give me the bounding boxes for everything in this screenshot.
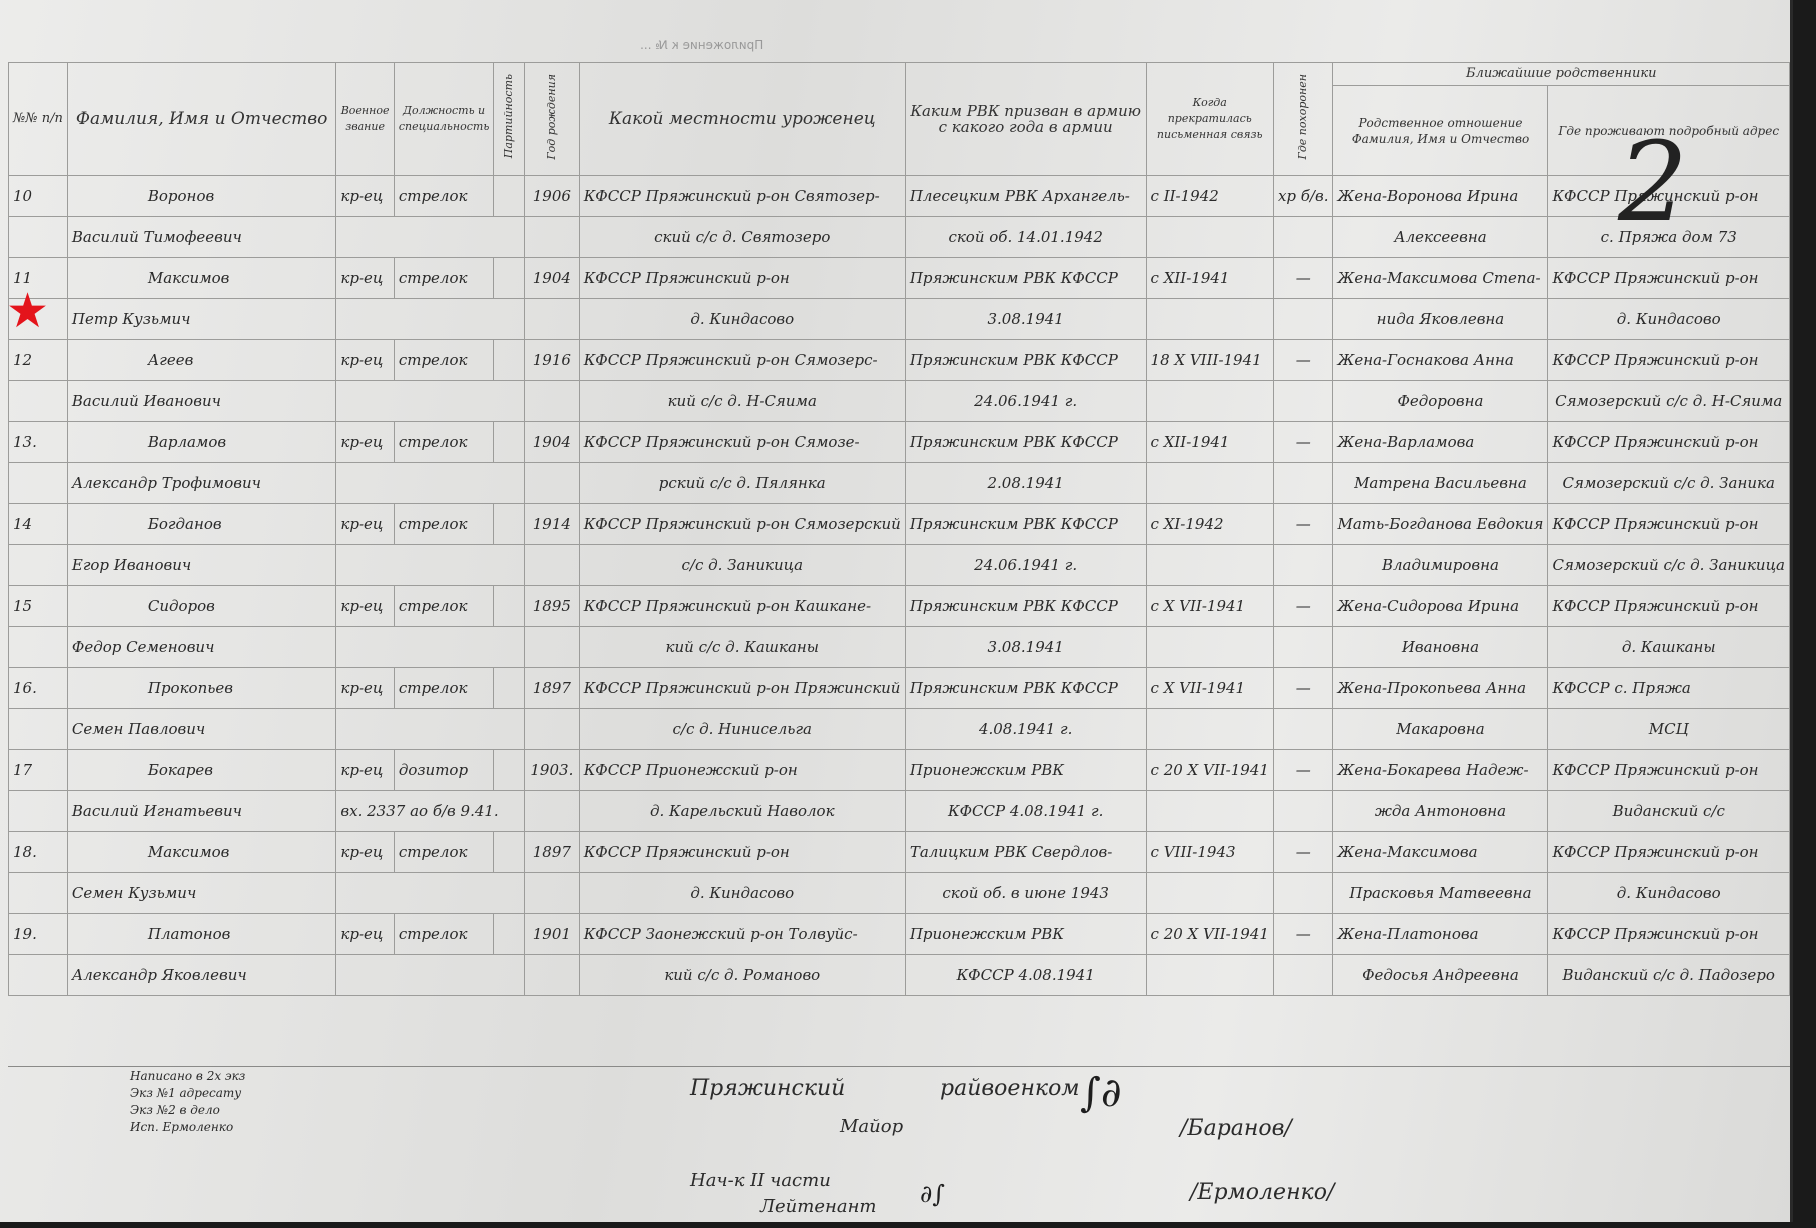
row-num: 13. (9, 422, 68, 463)
buried: — (1273, 668, 1333, 709)
given-name: Александр Яковлевич (67, 955, 336, 996)
header-party: Партийность (501, 74, 517, 158)
row-num: 12 (9, 340, 68, 381)
party (494, 258, 525, 299)
party (494, 176, 525, 217)
buried: — (1273, 750, 1333, 791)
given-name: Василий Тимофеевич (67, 217, 336, 258)
table-row: 19. Платонов кр-ец стрелок 1901 КФССР За… (9, 914, 1790, 955)
header-relative: Родственное отношение Фамилия, Имя и Отч… (1333, 86, 1548, 176)
header-lost-contact: Когда прекратилась письменная связь (1146, 63, 1273, 176)
surname: Богданов (67, 504, 336, 545)
birth-year: 1897 (525, 668, 580, 709)
rank-note (336, 873, 525, 914)
lost-contact: с VIII-1943 (1146, 832, 1273, 873)
rvk-line1: Прионежским РВК (905, 914, 1146, 955)
birth-year: 1901 (525, 914, 580, 955)
table-row: 12 Агеев кр-ец стрелок 1916 КФССР Пряжин… (9, 340, 1790, 381)
header-num: №№ п/п (9, 63, 68, 176)
rank: кр-ец (336, 422, 394, 463)
party (494, 914, 525, 955)
address-line1: КФССР Пряжинский р-он (1548, 422, 1790, 463)
rvk-line2: 4.08.1941 г. (905, 709, 1146, 750)
relative-line1: Жена-Сидорова Ирина (1333, 586, 1548, 627)
rvk-line2: ской об. 14.01.1942 (905, 217, 1146, 258)
signature-rank: Майор (840, 1116, 903, 1137)
birthplace-line2: д. Карельский Наволок (579, 791, 905, 832)
rvk-line1: Пряжинским РВК КФССР (905, 340, 1146, 381)
header-rvk: Каким РВК призван в армию с какого года … (905, 63, 1146, 176)
table-row: 17 Бокарев кр-ец дозитор 1903. КФССР При… (9, 750, 1790, 791)
buried: хр б/в. (1273, 176, 1333, 217)
relative-line2: Прасковья Матвеевна (1333, 873, 1548, 914)
given-name: Василий Иванович (67, 381, 336, 422)
table-row-cont: Александр Трофимович рский с/с д. Пялянк… (9, 463, 1790, 504)
surname: Максимов (67, 832, 336, 873)
surname: Платонов (67, 914, 336, 955)
relative-line1: Жена-Бокарева Надеж- (1333, 750, 1548, 791)
table-row: 10 Воронов кр-ец стрелок 1906 КФССР Пряж… (9, 176, 1790, 217)
rank: кр-ец (336, 914, 394, 955)
rvk-line1: Пряжинским РВК КФССР (905, 258, 1146, 299)
party (494, 340, 525, 381)
given-name: Семен Кузьмич (67, 873, 336, 914)
rvk-line1: Пряжинским РВК КФССР (905, 422, 1146, 463)
document-page: Приложение к № ... №№ п/п Фамилия, Имя и… (0, 0, 1793, 1222)
lost-contact: с 20 X VII-1941 (1146, 914, 1273, 955)
rvk-line2: 3.08.1941 (905, 299, 1146, 340)
lost-contact: с XII-1941 (1146, 258, 1273, 299)
surname: Прокопьев (67, 668, 336, 709)
rank: кр-ец (336, 504, 394, 545)
party (494, 750, 525, 791)
table-row-cont: Семен Кузьмич д. Киндасово ской об. в ию… (9, 873, 1790, 914)
rank-note: вх. 2337 ао б/в 9.41. (336, 791, 525, 832)
note-line: Написано в 2х экз (130, 1068, 245, 1085)
surname: Варламов (67, 422, 336, 463)
header-buried: Где похоронен (1295, 74, 1311, 159)
relative-line1: Жена-Воронова Ирина (1333, 176, 1548, 217)
lost-contact: с 20 X VII-1941 (1146, 750, 1273, 791)
relative-line2: Алексеевна (1333, 217, 1548, 258)
position: стрелок (394, 832, 494, 873)
position: стрелок (394, 422, 494, 463)
rvk-line2: 24.06.1941 г. (905, 381, 1146, 422)
relative-line2: Владимировна (1333, 545, 1548, 586)
buried: — (1273, 586, 1333, 627)
bottom-rule (8, 1066, 1790, 1067)
rvk-line1: Пряжинским РВК КФССР (905, 668, 1146, 709)
address-line2: Сямозерский с/с д. Заникица (1548, 545, 1790, 586)
birthplace-line2: рский с/с д. Пялянка (579, 463, 905, 504)
header-rank: Военное звание (336, 63, 394, 176)
signature-name2: /Ермоленко/ (1190, 1180, 1334, 1205)
birthplace-line1: КФССР Прионежский р-он (579, 750, 905, 791)
surname: Агеев (67, 340, 336, 381)
address-line1: КФССР Пряжинский р-он (1548, 258, 1790, 299)
row-num: 18. (9, 832, 68, 873)
address-line2: д. Кашканы (1548, 627, 1790, 668)
address-line2: Сямозерский с/с д. Заника (1548, 463, 1790, 504)
signature-title: райвоенком (940, 1076, 1080, 1101)
surname: Сидоров (67, 586, 336, 627)
red-star-marker-icon: ★ (6, 288, 54, 336)
rvk-line2: 24.06.1941 г. (905, 545, 1146, 586)
birth-year: 1903. (525, 750, 580, 791)
address-line1: КФССР Пряжинский р-он (1548, 832, 1790, 873)
birthplace-line1: КФССР Пряжинский р-он Кашкане- (579, 586, 905, 627)
given-name: Егор Иванович (67, 545, 336, 586)
table-row-cont: Семен Павлович с/с д. Нинисельга 4.08.19… (9, 709, 1790, 750)
rank-note (336, 955, 525, 996)
relative-line2: Федосья Андреевна (1333, 955, 1548, 996)
buried: — (1273, 914, 1333, 955)
birthplace-line2: д. Киндасово (579, 299, 905, 340)
rank: кр-ец (336, 340, 394, 381)
relative-line1: Жена-Варламова (1333, 422, 1548, 463)
header-position: Должность и специальность (394, 63, 494, 176)
header-birthplace: Какой местности уроженец (579, 63, 905, 176)
birth-year: 1904 (525, 422, 580, 463)
relative-line2: жда Антоновна (1333, 791, 1548, 832)
birthplace-line1: КФССР Пряжинский р-он Пряжинский (579, 668, 905, 709)
birth-year: 1916 (525, 340, 580, 381)
address-line2: Сямозерский с/с д. Н-Сяима (1548, 381, 1790, 422)
address-line1: КФССР Пряжинский р-он (1548, 750, 1790, 791)
position: стрелок (394, 340, 494, 381)
note-line: Экз №2 в дело (130, 1102, 245, 1119)
rvk-line1: Прионежским РВК (905, 750, 1146, 791)
relative-line1: Жена-Госнакова Анна (1333, 340, 1548, 381)
header-name: Фамилия, Имя и Отчество (67, 63, 336, 176)
lost-contact: с II-1942 (1146, 176, 1273, 217)
table-row-cont: Петр Кузьмич д. Киндасово 3.08.1941 нида… (9, 299, 1790, 340)
buried: — (1273, 422, 1333, 463)
position: дозитор (394, 750, 494, 791)
birthplace-line1: КФССР Пряжинский р-он (579, 832, 905, 873)
buried: — (1273, 832, 1333, 873)
rank: кр-ец (336, 668, 394, 709)
relative-line1: Мать-Богданова Евдокия (1333, 504, 1548, 545)
signature-position2: Нач-к II части (690, 1170, 831, 1191)
signature-rank2: Лейтенант (760, 1196, 877, 1217)
lost-contact: с XI-1942 (1146, 504, 1273, 545)
row-num: 16. (9, 668, 68, 709)
birthplace-line2: кий с/с д. Н-Сяима (579, 381, 905, 422)
relative-line2: Матрена Васильевна (1333, 463, 1548, 504)
table-row-cont: Егор Иванович с/с д. Заникица 24.06.1941… (9, 545, 1790, 586)
relative-line2: Федоровна (1333, 381, 1548, 422)
rvk-line2: 2.08.1941 (905, 463, 1146, 504)
stamp: Приложение к № ... (640, 38, 763, 52)
party (494, 586, 525, 627)
rank: кр-ец (336, 832, 394, 873)
birthplace-line1: КФССР Пряжинский р-он Сямозерс- (579, 340, 905, 381)
rvk-line2: КФССР 4.08.1941 (905, 955, 1146, 996)
row-num: 17 (9, 750, 68, 791)
rank: кр-ец (336, 586, 394, 627)
rank-note (336, 545, 525, 586)
table-row: 13. Варламов кр-ец стрелок 1904 КФССР Пр… (9, 422, 1790, 463)
given-name: Семен Павлович (67, 709, 336, 750)
rank: кр-ец (336, 258, 394, 299)
row-num: 14 (9, 504, 68, 545)
birth-year: 1914 (525, 504, 580, 545)
table-row-cont: Василий Игнатьевич вх. 2337 ао б/в 9.41.… (9, 791, 1790, 832)
rvk-line1: Пряжинским РВК КФССР (905, 504, 1146, 545)
birthplace-line2: д. Киндасово (579, 873, 905, 914)
rvk-line1: Пряжинским РВК КФССР (905, 586, 1146, 627)
address-line1: КФССР Пряжинский р-он (1548, 914, 1790, 955)
rank-note (336, 217, 525, 258)
birthplace-line2: с/с д. Нинисельга (579, 709, 905, 750)
rvk-line2: 3.08.1941 (905, 627, 1146, 668)
relative-line1: Жена-Прокопьева Анна (1333, 668, 1548, 709)
party (494, 668, 525, 709)
table-row-cont: Федор Семенович кий с/с д. Кашканы 3.08.… (9, 627, 1790, 668)
birth-year: 1906 (525, 176, 580, 217)
signature-name: /Баранов/ (1180, 1116, 1292, 1141)
birth-year: 1895 (525, 586, 580, 627)
position: стрелок (394, 504, 494, 545)
address-line2: д. Киндасово (1548, 299, 1790, 340)
birthplace-line1: КФССР Пряжинский р-он Сямозе- (579, 422, 905, 463)
rank-note (336, 709, 525, 750)
row-num: 19. (9, 914, 68, 955)
rank-note (336, 627, 525, 668)
row-num: 10 (9, 176, 68, 217)
copy-notes: Написано в 2х экз Экз №1 адресату Экз №2… (130, 1068, 245, 1136)
table-row: 15 Сидоров кр-ец стрелок 1895 КФССР Пряж… (9, 586, 1790, 627)
note-line: Исп. Ермоленко (130, 1119, 245, 1136)
address-line1: КФССР с. Пряжа (1548, 668, 1790, 709)
relative-line2: нида Яковлевна (1333, 299, 1548, 340)
given-name: Петр Кузьмич (67, 299, 336, 340)
position: стрелок (394, 258, 494, 299)
header-row-group: №№ п/п Фамилия, Имя и Отчество Военное з… (9, 63, 1790, 86)
birthplace-line1: КФССР Пряжинский р-он Сямозерский (579, 504, 905, 545)
relative-line2: Ивановна (1333, 627, 1548, 668)
party (494, 832, 525, 873)
page-number: 2 (1618, 118, 1688, 246)
rank: кр-ец (336, 750, 394, 791)
buried: — (1273, 504, 1333, 545)
lost-contact: с X VII-1941 (1146, 586, 1273, 627)
records-table: №№ п/п Фамилия, Имя и Отчество Военное з… (8, 62, 1790, 996)
birthplace-line2: кий с/с д. Кашканы (579, 627, 905, 668)
birth-year: 1897 (525, 832, 580, 873)
buried: — (1273, 258, 1333, 299)
rank: кр-ец (336, 176, 394, 217)
relative-line2: Макаровна (1333, 709, 1548, 750)
relative-line1: Жена-Максимова Степа- (1333, 258, 1548, 299)
surname: Бокарев (67, 750, 336, 791)
rank-note (336, 299, 525, 340)
lost-contact: 18 X VIII-1941 (1146, 340, 1273, 381)
table-row-cont: Василий Тимофеевич ский с/с д. Святозеро… (9, 217, 1790, 258)
birthplace-line1: КФССР Заонежский р-он Толвуйс- (579, 914, 905, 955)
position: стрелок (394, 668, 494, 709)
signature-scrawl2: ∂∫ (920, 1180, 945, 1208)
table-row-cont: Василий Иванович кий с/с д. Н-Сяима 24.0… (9, 381, 1790, 422)
relative-line1: Жена-Платонова (1333, 914, 1548, 955)
table-row: 11 Максимов кр-ец стрелок 1904 КФССР Пря… (9, 258, 1790, 299)
given-name: Василий Игнатьевич (67, 791, 336, 832)
table-row: 16. Прокопьев кр-ец стрелок 1897 КФССР П… (9, 668, 1790, 709)
given-name: Александр Трофимович (67, 463, 336, 504)
position: стрелок (394, 176, 494, 217)
address-line2: Виданский с/с д. Падозеро (1548, 955, 1790, 996)
row-num: 15 (9, 586, 68, 627)
address-line2: Виданский с/с (1548, 791, 1790, 832)
position: стрелок (394, 586, 494, 627)
birthplace-line1: КФССР Пряжинский р-он Святозер- (579, 176, 905, 217)
header-relatives-group: Ближайшие родственники (1333, 63, 1790, 86)
note-line: Экз №1 адресату (130, 1085, 245, 1102)
signature-org: Пряжинский (690, 1076, 845, 1101)
birthplace-line2: кий с/с д. Романово (579, 955, 905, 996)
address-line1: КФССР Пряжинский р-он (1548, 504, 1790, 545)
address-line2: д. Киндасово (1548, 873, 1790, 914)
address-line2: МСЦ (1548, 709, 1790, 750)
position: стрелок (394, 914, 494, 955)
address-line1: КФССР Пряжинский р-он (1548, 340, 1790, 381)
birthplace-line1: КФССР Пряжинский р-он (579, 258, 905, 299)
party (494, 422, 525, 463)
surname: Воронов (67, 176, 336, 217)
signature-scrawl: ∫∂ (1080, 1070, 1122, 1116)
relative-line1: Жена-Максимова (1333, 832, 1548, 873)
lost-contact: с XII-1941 (1146, 422, 1273, 463)
header-birth: Год рождения (544, 74, 560, 160)
rank-note (336, 381, 525, 422)
surname: Максимов (67, 258, 336, 299)
rank-note (336, 463, 525, 504)
table-row: 18. Максимов кр-ец стрелок 1897 КФССР Пр… (9, 832, 1790, 873)
address-line1: КФССР Пряжинский р-он (1548, 586, 1790, 627)
rvk-line2: КФССР 4.08.1941 г. (905, 791, 1146, 832)
birthplace-line2: с/с д. Заникица (579, 545, 905, 586)
party (494, 504, 525, 545)
given-name: Федор Семенович (67, 627, 336, 668)
birthplace-line2: ский с/с д. Святозеро (579, 217, 905, 258)
table-row-cont: Александр Яковлевич кий с/с д. Романово … (9, 955, 1790, 996)
rvk-line1: Талицким РВК Свердлов- (905, 832, 1146, 873)
rvk-line2: ской об. в июне 1943 (905, 873, 1146, 914)
rvk-line1: Плесецким РВК Архангель- (905, 176, 1146, 217)
lost-contact: с X VII-1941 (1146, 668, 1273, 709)
table-row: 14 Богданов кр-ец стрелок 1914 КФССР Пря… (9, 504, 1790, 545)
buried: — (1273, 340, 1333, 381)
birth-year: 1904 (525, 258, 580, 299)
